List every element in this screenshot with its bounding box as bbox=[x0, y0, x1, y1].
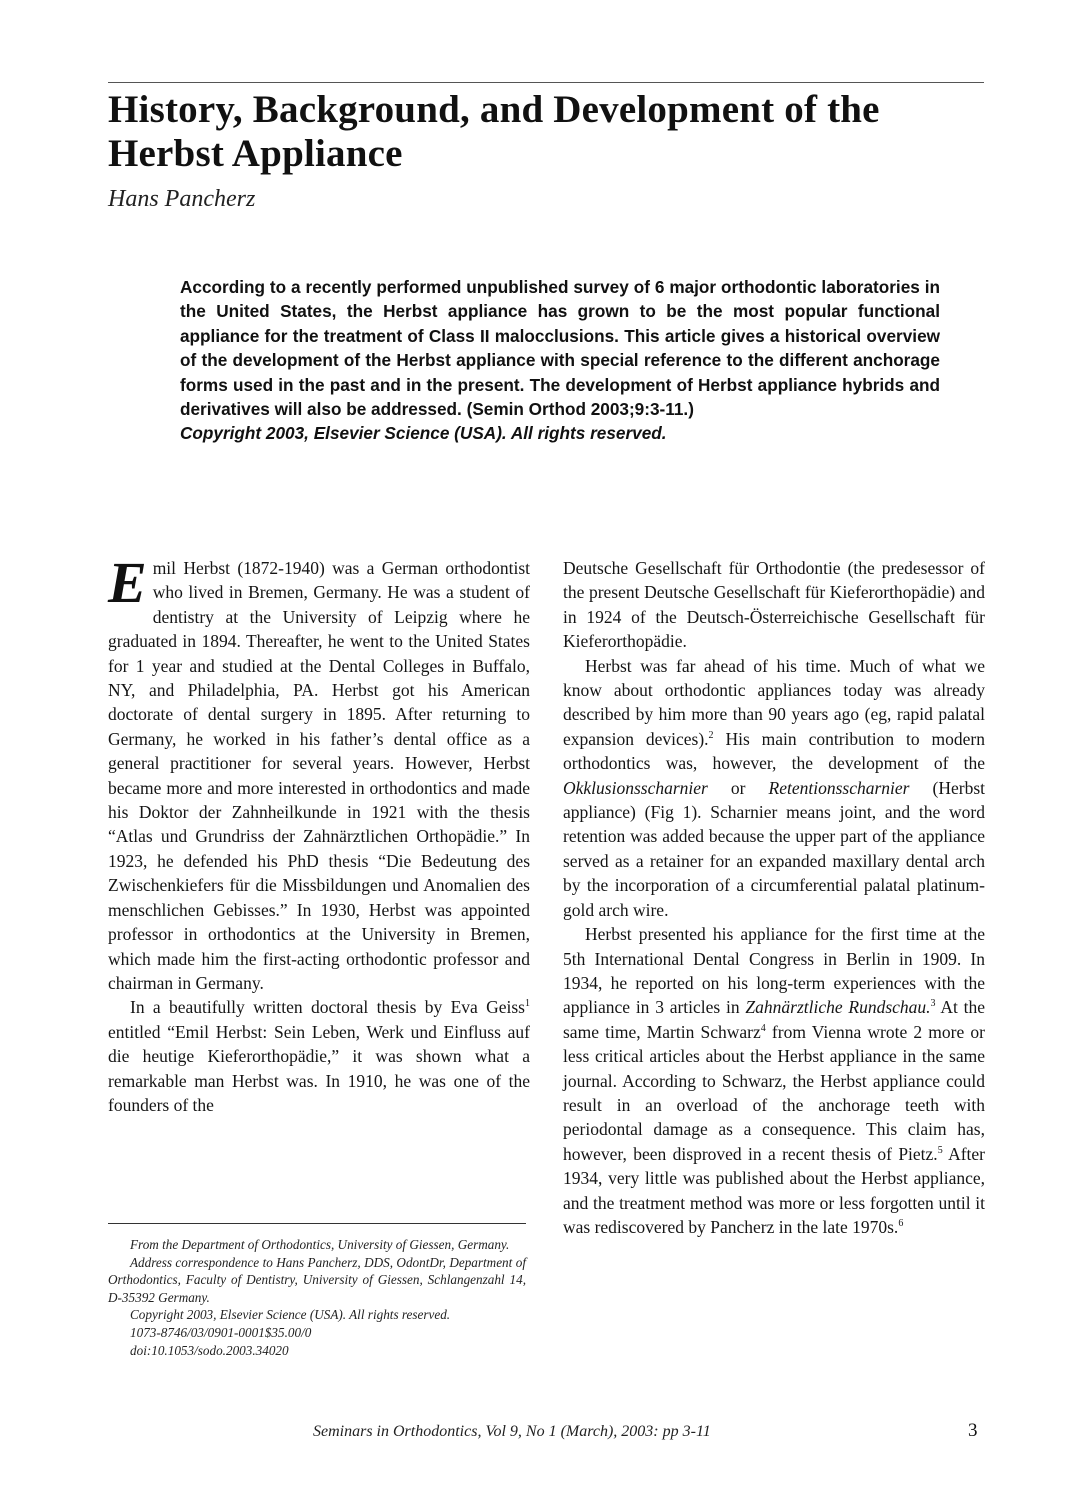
page-number: 3 bbox=[968, 1420, 978, 1442]
paragraph-text: entitled “Emil Herbst: Sein Leben, Werk … bbox=[108, 1022, 530, 1115]
paragraph: In a beautifully written doctoral thesis… bbox=[108, 995, 530, 1117]
drop-cap: E bbox=[108, 560, 147, 606]
footnotes: From the Department of Orthodontics, Uni… bbox=[108, 1236, 526, 1359]
paragraph: Deutsche Gesellschaft für Orthodontie (t… bbox=[563, 556, 985, 654]
footnote-copyright: Copyright 2003, Elsevier Science (USA). … bbox=[108, 1306, 526, 1324]
abstract: According to a recently performed unpubl… bbox=[180, 275, 940, 446]
term-okklusionsscharnier: Okklusionsscharnier bbox=[563, 778, 708, 798]
paragraph: Herbst presented his appliance for the f… bbox=[563, 922, 985, 1239]
header-rule bbox=[108, 82, 984, 83]
footnote-rule bbox=[108, 1223, 526, 1224]
abstract-copyright: Copyright 2003, Elsevier Science (USA). … bbox=[180, 421, 940, 445]
article-author: Hans Pancherz bbox=[108, 186, 255, 213]
footnote-issn: 1073-8746/03/0901-0001$35.00/0 bbox=[108, 1324, 526, 1342]
footnote-address: Address correspondence to Hans Pancherz,… bbox=[108, 1254, 526, 1307]
paragraph-text: from Vienna wrote 2 more or less critica… bbox=[563, 1022, 985, 1164]
paragraph: Emil Herbst (1872-1940) was a German ort… bbox=[108, 556, 530, 995]
footer-journal-citation: Seminars in Orthodontics, Vol 9, No 1 (M… bbox=[313, 1423, 711, 1441]
paragraph-text: mil Herbst (1872-1940) was a German orth… bbox=[108, 558, 530, 993]
abstract-text: According to a recently performed unpubl… bbox=[180, 277, 940, 419]
paragraph-text: or bbox=[708, 778, 769, 798]
body-column-right: Deutsche Gesellschaft für Orthodontie (t… bbox=[563, 556, 985, 1239]
term-retentionsscharnier: Retentionsscharnier bbox=[769, 778, 910, 798]
journal-name: Zahnärztliche Rundschau. bbox=[745, 997, 930, 1017]
paragraph-text: In a beautifully written doctoral thesis… bbox=[130, 997, 525, 1017]
body-column-left: Emil Herbst (1872-1940) was a German ort… bbox=[108, 556, 530, 1117]
reference-marker[interactable]: 1 bbox=[525, 998, 530, 1009]
reference-marker[interactable]: 6 bbox=[898, 1218, 903, 1229]
footnote-doi[interactable]: doi:10.1053/sodo.2003.34020 bbox=[108, 1342, 526, 1360]
paragraph-text: (Herbst appliance) (Fig 1). Scharnier me… bbox=[563, 778, 985, 920]
article-title: History, Background, and Development of … bbox=[108, 88, 988, 176]
footnote-affiliation: From the Department of Orthodontics, Uni… bbox=[108, 1236, 526, 1254]
paragraph: Herbst was far ahead of his time. Much o… bbox=[563, 654, 985, 922]
